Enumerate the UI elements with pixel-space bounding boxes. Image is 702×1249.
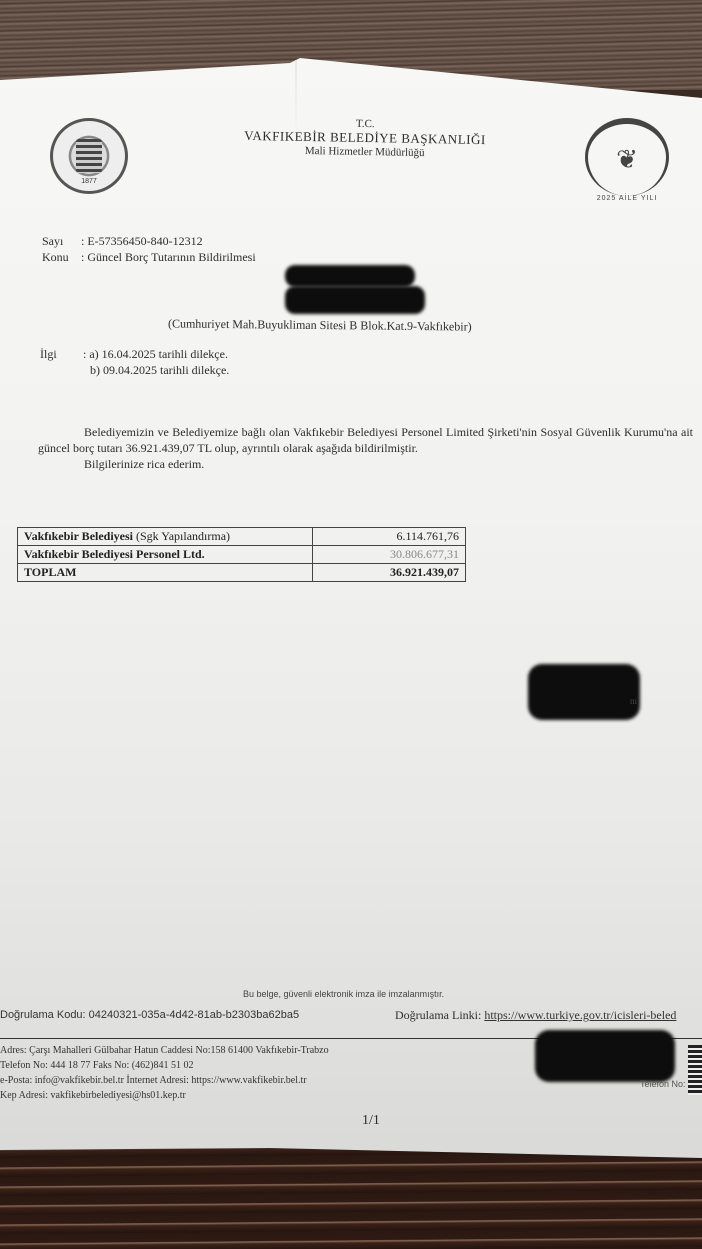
sayi-label: Sayı [42, 234, 78, 249]
emblem-caption: 2025 AİLE YILI [597, 195, 658, 202]
letterhead: T.C. VAKFIKEBİR BELEDİYE BAŞKANLIĞI Mali… [200, 115, 531, 161]
redaction-signature [528, 664, 640, 720]
contact-info: Adres: Çarşı Mahalleri Gülbahar Hatun Ca… [0, 1043, 329, 1103]
row-label-main: Vakfıkebir Belediyesi Personel Ltd. [24, 547, 205, 561]
hands-family-icon: ❦ [616, 145, 638, 175]
signature-title-fragment: nı [630, 696, 637, 706]
redaction-recipient-line2 [285, 286, 425, 314]
verification-link-label: Doğrulama Linki: [395, 1008, 481, 1022]
contact-phone: Telefon No: 444 18 77 Faks No: (462)841 … [0, 1058, 329, 1073]
table-row: Vakfıkebir Belediyesi (Sgk Yapılandırma)… [18, 528, 466, 546]
verification-link-line: Doğrulama Linki: https://www.turkiye.gov… [395, 1008, 676, 1023]
municipality-seal-icon: 1877 [50, 118, 128, 194]
reference-list: İlgi : a) 16.04.2025 tarihli dilekçe. b)… [40, 346, 229, 378]
page-number: 1/1 [362, 1113, 380, 1129]
seal-year: 1877 [81, 178, 97, 185]
ilgi-item-b: b) 09.04.2025 tarihli dilekçe. [40, 362, 229, 378]
row-label: Vakfıkebir Belediyesi Personel Ltd. [18, 546, 313, 564]
verification-code-label: Doğrulama Kodu: [0, 1009, 86, 1021]
table-total-row: TOPLAM 36.921.439,07 [18, 564, 466, 582]
seal-emblem [76, 139, 102, 173]
letter-body: Belediyemizin ve Belediyemize bağlı olan… [38, 424, 693, 472]
subject-line: Konu : Güncel Borç Tutarının Bildirilmes… [42, 250, 256, 265]
contact-kep: Kep Adresi: vakfikebirbelediyesi@hs01.ke… [0, 1088, 329, 1103]
ilgi-item-a: İlgi : a) 16.04.2025 tarihli dilekçe. [40, 346, 229, 362]
row-label-main: Vakfıkebir Belediyesi [24, 529, 133, 543]
contact-person-phone: Telefon No: - [640, 1079, 691, 1089]
reference-number: Sayı : E-57356450-840-12312 [42, 234, 203, 249]
debt-table: Vakfıkebir Belediyesi (Sgk Yapılandırma)… [17, 527, 466, 582]
row-label: Vakfıkebir Belediyesi (Sgk Yapılandırma) [18, 528, 313, 546]
recipient-address: (Cumhuriyet Mah.Buyukliman Sitesi B Blok… [168, 316, 472, 334]
family-year-emblem-icon: ❦ 2025 AİLE YILI [585, 118, 669, 196]
qr-code-icon [688, 1045, 702, 1095]
contact-address: Adres: Çarşı Mahalleri Gülbahar Hatun Ca… [0, 1043, 329, 1058]
document-paper [0, 58, 702, 1168]
verification-link[interactable]: https://www.turkiye.gov.tr/icisleri-bele… [484, 1008, 676, 1022]
ilgi-text-a: : a) 16.04.2025 tarihli dilekçe. [83, 347, 228, 361]
redaction-contact-person [535, 1030, 675, 1082]
total-label: TOPLAM [18, 564, 313, 582]
sayi-value: : E-57356450-840-12312 [81, 234, 203, 248]
row-value: 6.114.761,76 [313, 528, 466, 546]
row-value: 30.806.677,31 [313, 546, 466, 564]
row-label-extra: (Sgk Yapılandırma) [133, 529, 230, 543]
verification-code: Doğrulama Kodu: 04240321-035a-4d42-81ab-… [0, 1009, 299, 1021]
total-value: 36.921.439,07 [313, 564, 466, 582]
konu-value: : Güncel Borç Tutarının Bildirilmesi [81, 250, 256, 264]
esignature-note: Bu belge, güvenli elektronik imza ile im… [243, 989, 444, 999]
body-paragraph: Belediyemizin ve Belediyemize bağlı olan… [38, 424, 693, 456]
ilgi-label: İlgi [40, 346, 80, 362]
konu-label: Konu [42, 250, 78, 265]
contact-email: e-Posta: info@vakfikebir.bel.tr İnternet… [0, 1073, 329, 1088]
table-row: Vakfıkebir Belediyesi Personel Ltd. 30.8… [18, 546, 466, 564]
verification-code-value: 04240321-035a-4d42-81ab-b2303ba62ba5 [89, 1009, 299, 1021]
redaction-recipient-line1 [285, 265, 415, 287]
closing-line: Bilgilerinize rica ederim. [38, 456, 693, 472]
